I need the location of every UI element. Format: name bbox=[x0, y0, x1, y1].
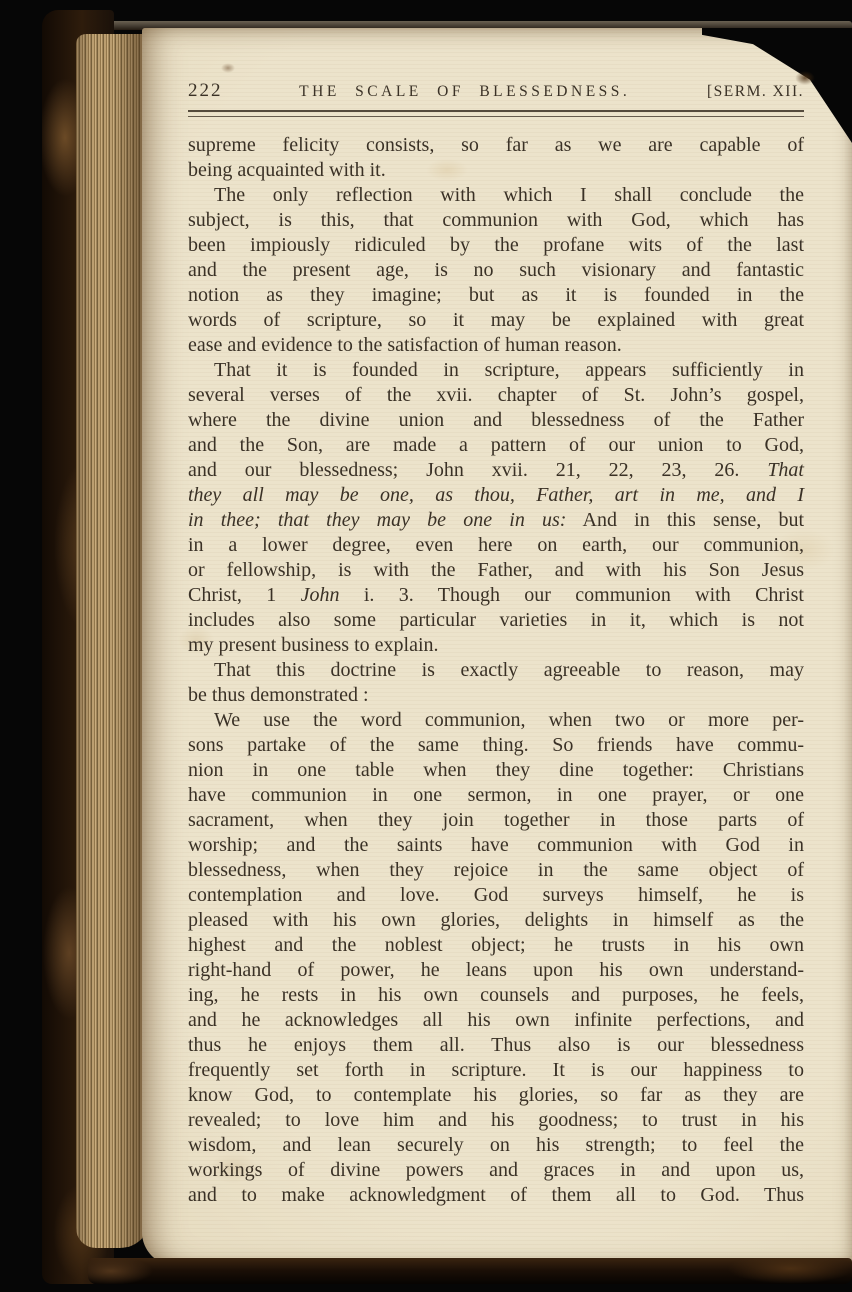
text-line: subject, is this, that communion with Go… bbox=[188, 208, 804, 233]
photograph-background: 222 THE SCALE OF BLESSEDNESS. [SERM. XII… bbox=[0, 0, 852, 1292]
text-line: in thee; that they may be one in us: And… bbox=[188, 508, 804, 533]
book-page: 222 THE SCALE OF BLESSEDNESS. [SERM. XII… bbox=[142, 28, 852, 1266]
running-title: THE SCALE OF BLESSEDNESS. bbox=[223, 83, 707, 101]
printed-area: 222 THE SCALE OF BLESSEDNESS. [SERM. XII… bbox=[188, 80, 804, 1208]
paragraph: We use the word communion, when two or m… bbox=[188, 708, 804, 1208]
text-line: frequently set forth in scripture. It is… bbox=[188, 1058, 804, 1083]
text-line: sacrament, when they join together in th… bbox=[188, 808, 804, 833]
text-line: The only reflection with which I shall c… bbox=[188, 183, 804, 208]
page-fore-edges bbox=[76, 34, 150, 1248]
paragraph: The only reflection with which I shall c… bbox=[188, 183, 804, 358]
text-line: in a lower degree, even here on earth, o… bbox=[188, 533, 804, 558]
body-text: supreme felicity consists, so far as we … bbox=[188, 133, 804, 1208]
page-header: 222 THE SCALE OF BLESSEDNESS. [SERM. XII… bbox=[188, 80, 804, 102]
text-line: being acquainted with it. bbox=[188, 158, 804, 183]
text-line: have communion in one sermon, in one pra… bbox=[188, 783, 804, 808]
text-line: know God, to contemplate his glories, so… bbox=[188, 1083, 804, 1108]
text-line: wisdom, and lean securely on his strengt… bbox=[188, 1133, 804, 1158]
text-line: and he acknowledges all his own infinite… bbox=[188, 1008, 804, 1033]
text-line: highest and the noblest object; he trust… bbox=[188, 933, 804, 958]
text-line: That it is founded in scripture, appears… bbox=[188, 358, 804, 383]
paragraph: That this doctrine is exactly agreeable … bbox=[188, 658, 804, 708]
text-line: where the divine union and blessedness o… bbox=[188, 408, 804, 433]
text-line: We use the word communion, when two or m… bbox=[188, 708, 804, 733]
text-line: workings of divine powers and graces in … bbox=[188, 1158, 804, 1183]
text-line: notion as they imagine; but as it is fou… bbox=[188, 283, 804, 308]
text-line: right-hand of power, he leans upon his o… bbox=[188, 958, 804, 983]
text-line: That this doctrine is exactly agreeable … bbox=[188, 658, 804, 683]
text-line: my present business to explain. bbox=[188, 633, 804, 658]
text-line: several verses of the xvii. chapter of S… bbox=[188, 383, 804, 408]
text-line: includes also some particular varieties … bbox=[188, 608, 804, 633]
section-label: [SERM. XII. bbox=[707, 83, 804, 101]
text-line: nion in one table when they dine togethe… bbox=[188, 758, 804, 783]
text-line: and our blessedness; John xvii. 21, 22, … bbox=[188, 458, 804, 483]
text-line: and the Son, are made a pattern of our u… bbox=[188, 433, 804, 458]
header-rule bbox=[188, 110, 804, 117]
text-line: thus he enjoys them all. Thus also is ou… bbox=[188, 1033, 804, 1058]
text-line: ing, he rests in his own counsels and pu… bbox=[188, 983, 804, 1008]
text-line: Christ, 1 John i. 3. Though our communio… bbox=[188, 583, 804, 608]
text-line: sons partake of the same thing. So frien… bbox=[188, 733, 804, 758]
text-line: be thus demonstrated : bbox=[188, 683, 804, 708]
book-board-bottom-edge bbox=[88, 1258, 852, 1284]
text-line: and the present age, is no such visionar… bbox=[188, 258, 804, 283]
text-line: revealed; to love him and his goodness; … bbox=[188, 1108, 804, 1133]
text-line: supreme felicity consists, so far as we … bbox=[188, 133, 804, 158]
text-line: ease and evidence to the satisfaction of… bbox=[188, 333, 804, 358]
text-line: or fellowship, is with the Father, and w… bbox=[188, 558, 804, 583]
page-number: 222 bbox=[188, 80, 223, 102]
text-line: pleased with his own glories, delights i… bbox=[188, 908, 804, 933]
paragraph: supreme felicity consists, so far as we … bbox=[188, 133, 804, 183]
text-line: they all may be one, as thou, Father, ar… bbox=[188, 483, 804, 508]
paragraph: That it is founded in scripture, appears… bbox=[188, 358, 804, 658]
text-line: worship; and the saints have communion w… bbox=[188, 833, 804, 858]
text-line: been impiously ridiculed by the profane … bbox=[188, 233, 804, 258]
text-line: and to make acknowledgment of them all t… bbox=[188, 1183, 804, 1208]
text-line: words of scripture, so it may be explain… bbox=[188, 308, 804, 333]
text-line: contemplation and love. God surveys hims… bbox=[188, 883, 804, 908]
text-line: blessedness, when they rejoice in the sa… bbox=[188, 858, 804, 883]
